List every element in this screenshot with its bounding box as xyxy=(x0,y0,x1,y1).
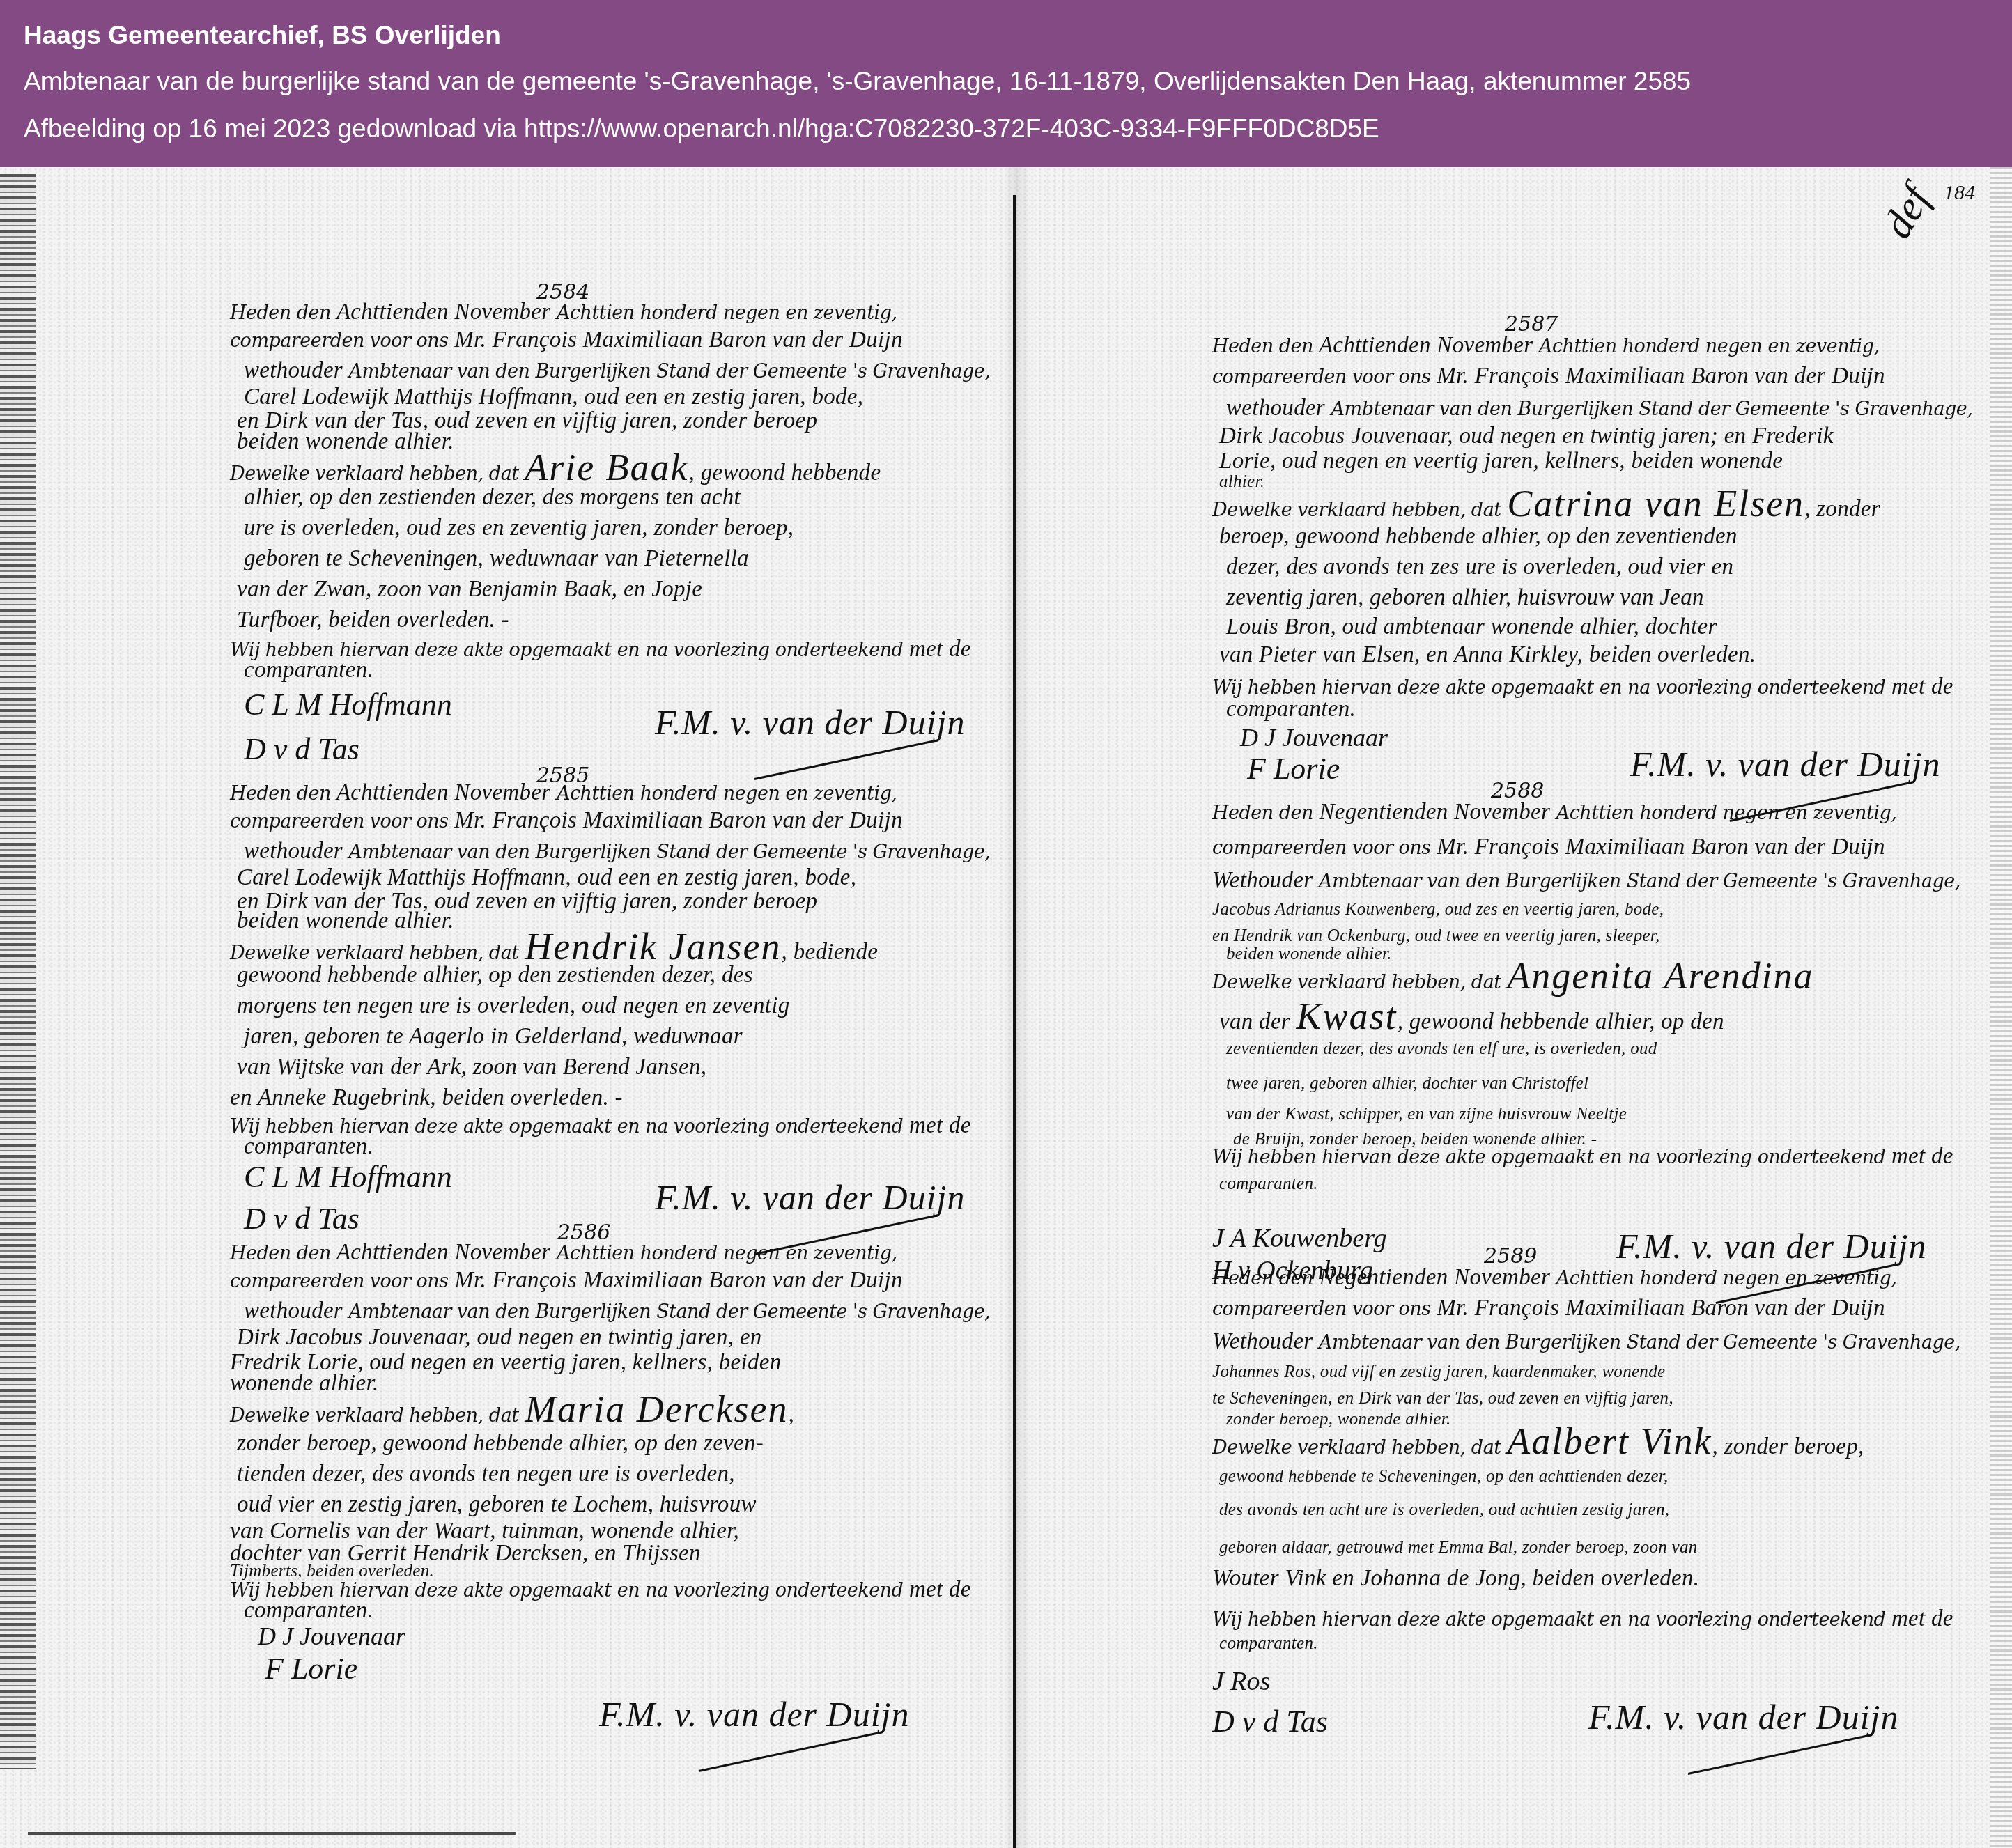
witness-signature: C L M Hoffmann xyxy=(244,1159,452,1195)
act-line: Heden den Achttienden November Achttien … xyxy=(230,1240,897,1266)
act-line: Dirk Jacobus Jouvenaar, oud negen en twi… xyxy=(1219,424,1834,449)
act-line: twee jaren, geboren alhier, dochter van … xyxy=(1226,1074,1588,1094)
act-line: Carel Lodewijk Matthijs Hoffmann, oud ee… xyxy=(244,385,863,410)
act-line: Wethouder Ambtenaar van den Burgerlijken… xyxy=(1212,1329,1960,1355)
record-description: Ambtenaar van de burgerlijke stand van d… xyxy=(24,67,1691,96)
act-line: zonder beroep, gewoond hebbende alhier, … xyxy=(237,1431,764,1457)
official-signature: F.M. v. van der Duijn xyxy=(1616,1226,1926,1266)
archive-header: Haags Gemeentearchief, BS Overlijden Amb… xyxy=(0,0,2012,167)
official-signature: F.M. v. van der Duijn xyxy=(655,1177,965,1218)
page-gutter-line xyxy=(1013,195,1016,1848)
act-line: alhier, op den zestienden dezer, des mor… xyxy=(244,485,741,511)
act-line: van der Kwast, schipper, en van zijne hu… xyxy=(1226,1105,1627,1124)
act-line: ure is overleden, oud zes en zeventig ja… xyxy=(244,515,794,541)
witness-signature: J Ros xyxy=(1212,1666,1270,1697)
act-line: comparanten. xyxy=(244,1598,373,1624)
deceased-name: Arie Baak xyxy=(525,447,688,488)
deceased-name: Angenita Arendina xyxy=(1507,955,1813,997)
margin-initials: def xyxy=(1873,178,1940,247)
deceased-name: Catrina van Elsen xyxy=(1507,483,1804,525)
act-line: jaren, geboren te Aagerlo in Gelderland,… xyxy=(244,1024,743,1050)
act-line: wethouder Ambtenaar van den Burgerlijken… xyxy=(244,839,990,864)
act-line: te Scheveningen, en Dirk van der Tas, ou… xyxy=(1212,1389,1673,1408)
act-line: compareerden voor ons Mr. François Maxim… xyxy=(1212,834,1885,860)
act-line: van Pieter van Elsen, en Anna Kirkley, b… xyxy=(1219,642,1756,668)
witness-signature: D v d Tas xyxy=(244,1201,359,1236)
witness-signature: D v d Tas xyxy=(1212,1704,1328,1739)
act-line: Dewelke verklaard hebben, dat Aalbert Vi… xyxy=(1212,1420,1864,1463)
act-line: Dewelke verklaard hebben, dat Angenita A… xyxy=(1212,954,1814,997)
deceased-name: Maria Dercksen xyxy=(525,1388,788,1430)
scanned-register-spread: 2584 Heden den Achttienden November Acht… xyxy=(0,167,2012,1848)
act-line: Heden den Achttienden November Achttien … xyxy=(1212,333,1880,359)
official-signature: F.M. v. van der Duijn xyxy=(1588,1697,1898,1737)
act-line: zeventig jaren, geboren alhier, huisvrou… xyxy=(1226,585,1704,611)
act-line: Lorie, oud negen en veertig jaren, kelln… xyxy=(1219,449,1783,474)
witness-signature: D J Jouvenaar xyxy=(1240,723,1388,752)
act-line: van der Kwast, gewoond hebbende alhier, … xyxy=(1219,995,1724,1038)
witness-signature: D v d Tas xyxy=(244,731,359,767)
witness-signature: C L M Hoffmann xyxy=(244,687,452,722)
right-page-edge xyxy=(1990,167,2012,1848)
right-page: def 184 2587 Heden den Achttienden Novem… xyxy=(1017,167,1990,1848)
act-line: Johannes Ros, oud vijf en zestig jaren, … xyxy=(1212,1362,1665,1382)
act-line: Wethouder Ambtenaar van den Burgerlijken… xyxy=(1212,868,1960,894)
act-line: Dewelke verklaard hebben, dat Catrina va… xyxy=(1212,482,1880,525)
act-line: van der Zwan, zoon van Benjamin Baak, en… xyxy=(237,577,702,603)
act-line: Wouter Vink en Johanna de Jong, beiden o… xyxy=(1212,1566,1699,1592)
download-note: Afbeelding op 16 mei 2023 gedownload via… xyxy=(24,114,1379,143)
act-line: Carel Lodewijk Matthijs Hoffmann, oud ee… xyxy=(237,865,856,891)
archive-title: Haags Gemeentearchief, BS Overlijden xyxy=(24,21,501,50)
act-line: geboren te Scheveningen, weduwnaar van P… xyxy=(244,546,749,572)
act-line: wethouder Ambtenaar van den Burgerlijken… xyxy=(244,1298,990,1324)
act-line: Jacobus Adrianus Kouwenberg, oud zes en … xyxy=(1212,900,1664,919)
act-line: Heden den Achttienden November Achttien … xyxy=(230,300,897,325)
witness-signature: D J Jouvenaar xyxy=(258,1622,405,1651)
act-line: tienden dezer, des avonds ten negen ure … xyxy=(237,1461,735,1487)
act-line: morgens ten negen ure is overleden, oud … xyxy=(237,993,790,1019)
act-line: van Wijtske van der Ark, zoon van Berend… xyxy=(237,1055,706,1080)
act-line: Wij hebben hiervan deze akte opgemaakt e… xyxy=(1212,1606,1953,1632)
act-line: Turfboer, beiden overleden. - xyxy=(237,607,509,633)
act-line: comparanten. xyxy=(1219,1634,1318,1654)
act-line: zeventienden dezer, des avonds ten elf u… xyxy=(1226,1039,1657,1059)
act-line: Dewelke verklaard hebben, dat Hendrik Ja… xyxy=(230,925,878,968)
act-line: compareerden voor ons Mr. François Maxim… xyxy=(230,327,903,353)
act-line: oud vier en zestig jaren, geboren te Loc… xyxy=(237,1492,757,1518)
act-line: beroep, gewoond hebbende alhier, op den … xyxy=(1219,524,1738,550)
act-line: compareerden voor ons Mr. François Maxim… xyxy=(1212,1296,1885,1321)
act-line: comparanten. xyxy=(1219,1174,1318,1194)
act-line: Heden den Negentienden November Achttien… xyxy=(1212,800,1896,825)
deceased-surname: Kwast xyxy=(1297,995,1398,1037)
left-page: 2584 Heden den Achttienden November Acht… xyxy=(0,167,1013,1848)
deceased-name: Aalbert Vink xyxy=(1507,1420,1712,1462)
act-line: Heden den Negentienden November Achttien… xyxy=(1212,1265,1896,1291)
official-signature: F.M. v. van der Duijn xyxy=(599,1694,909,1734)
act-line: des avonds ten acht ure is overleden, ou… xyxy=(1219,1500,1669,1520)
act-line: geboren aldaar, getrouwd met Emma Bal, z… xyxy=(1219,1538,1698,1558)
act-line: comparanten. xyxy=(244,658,373,683)
witness-signature: F Lorie xyxy=(265,1651,357,1686)
witness-signature: F Lorie xyxy=(1247,751,1340,786)
folio-number: 184 xyxy=(1944,181,1975,205)
act-line: en Hendrik van Ockenburg, oud twee en ve… xyxy=(1212,926,1660,946)
act-line: Heden den Achttienden November Achttien … xyxy=(230,780,897,806)
act-line: dezer, des avonds ten zes ure is overled… xyxy=(1226,554,1733,580)
act-line: en Anneke Rugebrink, beiden overleden. - xyxy=(230,1085,623,1111)
act-line: compareerden voor ons Mr. François Maxim… xyxy=(230,808,903,834)
act-line: Dewelke verklaard hebben, dat Arie Baak,… xyxy=(230,446,881,489)
act-line: Dirk Jacobus Jouvenaar, oud negen en twi… xyxy=(237,1325,762,1351)
act-line: gewoond hebbende te Scheveningen, op den… xyxy=(1219,1467,1669,1486)
act-line: Dewelke verklaard hebben, dat Maria Derc… xyxy=(230,1388,794,1431)
official-signature: F.M. v. van der Duijn xyxy=(1630,744,1940,784)
act-line: compareerden voor ons Mr. François Maxim… xyxy=(230,1268,903,1294)
act-line: Wij hebben hiervan deze akte opgemaakt e… xyxy=(1212,1144,1953,1170)
act-line: comparanten. xyxy=(1226,697,1356,722)
act-line: wethouder Ambtenaar van den Burgerlijken… xyxy=(244,358,990,384)
act-line: wethouder Ambtenaar van den Burgerlijken… xyxy=(1226,396,1972,421)
deceased-name: Hendrik Jansen xyxy=(525,926,781,968)
official-signature: F.M. v. van der Duijn xyxy=(655,702,965,743)
act-line: comparanten. xyxy=(244,1134,373,1160)
act-line: compareerden voor ons Mr. François Maxim… xyxy=(1212,364,1885,389)
act-line: gewoond hebbende alhier, op den zestiend… xyxy=(237,963,753,988)
act-line: Louis Bron, oud ambtenaar wonende alhier… xyxy=(1226,614,1717,640)
witness-signature: J A Kouwenberg xyxy=(1212,1223,1387,1254)
